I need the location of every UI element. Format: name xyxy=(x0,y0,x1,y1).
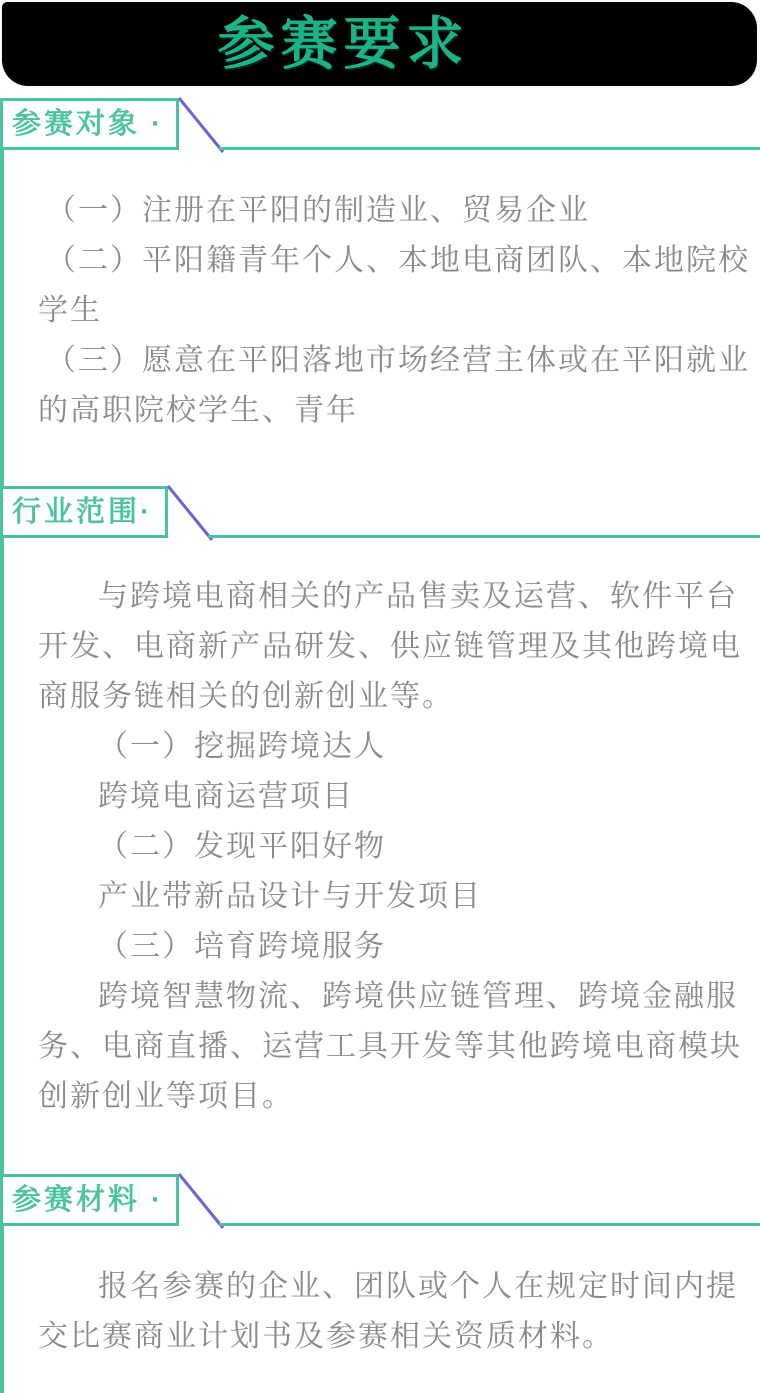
heading-box: 行业范围· xyxy=(0,486,168,538)
heading-box: 参赛对象 · xyxy=(0,98,179,150)
text-line: 商服务链相关的创新创业等。 xyxy=(38,672,746,722)
text-line: 跨境智慧物流、跨境供应链管理、跨境金融服 xyxy=(38,972,746,1022)
heading-rule xyxy=(219,98,760,150)
text-line: （二）平阳籍青年个人、本地电商团队、本地院校 xyxy=(38,236,746,286)
diagonal-line xyxy=(166,486,214,542)
text-line: （三）培育跨境服务 xyxy=(38,922,746,972)
text-line: （三）愿意在平阳落地市场经营主体或在平阳就业 xyxy=(38,336,746,386)
section-heading-participants: 参赛对象 · xyxy=(0,98,760,150)
text-line: 产业带新品设计与开发项目 xyxy=(38,872,746,922)
section-heading-materials: 参赛材料 · xyxy=(0,1174,760,1226)
text-line: 跨境电商运营项目 xyxy=(38,772,746,822)
diagonal-line xyxy=(177,98,225,154)
section-body-materials: 报名参赛的企业、团队或个人在规定时间内提 交比赛商业计划书及参赛相关资质材料。 xyxy=(0,1262,760,1362)
text-line: 务、电商直播、运营工具开发等其他跨境电商模块 xyxy=(38,1022,746,1072)
heading-label: 参赛材料 · xyxy=(12,1186,164,1215)
text-line: 与跨境电商相关的产品售卖及运营、软件平台 xyxy=(38,572,746,622)
heading-box: 参赛材料 · xyxy=(0,1174,179,1226)
heading-rule xyxy=(208,486,760,538)
text-line: 的高职院校学生、青年 xyxy=(38,386,746,436)
text-line: （一）注册在平阳的制造业、贸易企业 xyxy=(38,186,746,236)
text-line: 报名参赛的企业、团队或个人在规定时间内提 xyxy=(38,1262,746,1312)
heading-label: 参赛对象 · xyxy=(12,110,164,139)
heading-rule xyxy=(219,1174,760,1226)
section-heading-industry-scope: 行业范围· xyxy=(0,486,760,538)
text-line: （一）挖掘跨境达人 xyxy=(38,722,746,772)
text-line: 创新创业等项目。 xyxy=(38,1072,746,1122)
banner: 参赛要求 xyxy=(2,2,757,86)
text-line: 开发、电商新产品研发、供应链管理及其他跨境电 xyxy=(38,622,746,672)
heading-label: 行业范围· xyxy=(12,498,153,527)
text-line: （二）发现平阳好物 xyxy=(38,822,746,872)
diagonal-line xyxy=(177,1174,225,1230)
text-line: 学生 xyxy=(38,286,746,336)
section-body-industry-scope: 与跨境电商相关的产品售卖及运营、软件平台 开发、电商新产品研发、供应链管理及其他… xyxy=(0,572,760,1122)
section-body-participants: （一）注册在平阳的制造业、贸易企业 （二）平阳籍青年个人、本地电商团队、本地院校… xyxy=(0,186,760,436)
page-title: 参赛要求 xyxy=(218,16,470,73)
text-line: 交比赛商业计划书及参赛相关资质材料。 xyxy=(38,1312,746,1362)
